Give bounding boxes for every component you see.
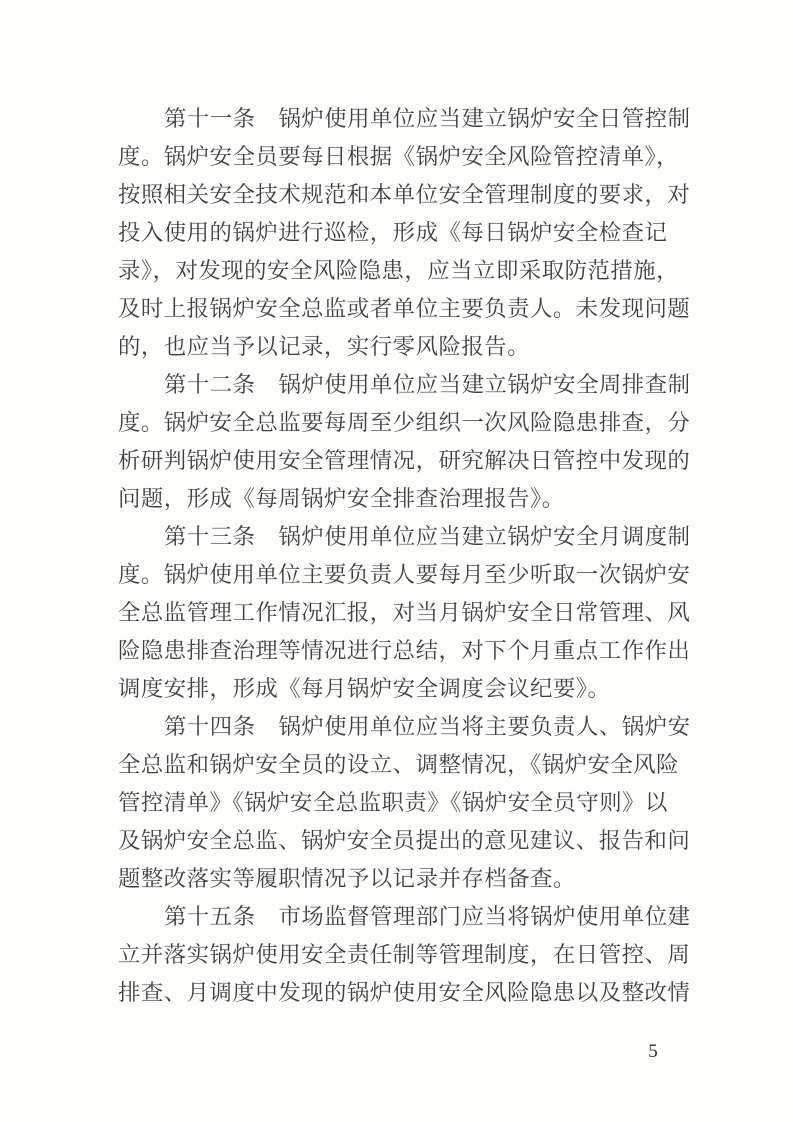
page-number: 5 [638, 1038, 668, 1066]
text-line: 度。锅炉使用单位主要负责人要每月至少听取一次锅炉安 [118, 556, 698, 594]
text-line: 度。锅炉安全总监要每周至少组织一次风险隐患排查，分 [118, 404, 698, 442]
text-line: 及时上报锅炉安全总监或者单位主要负责人。未发现问题 [118, 290, 698, 328]
text-line: 全总监和锅炉安全员的设立、调整情况，《锅炉安全风险 [118, 746, 698, 784]
text-line: 险隐患排查治理等情况进行总结，对下个月重点工作作出 [118, 632, 698, 670]
text-line: 度。锅炉安全员要每日根据《锅炉安全风险管控清单》， [118, 138, 698, 176]
document-text-block: 第十一条 锅炉使用单位应当建立锅炉安全日管控制 度。锅炉安全员要每日根据《锅炉安… [118, 100, 698, 1012]
text-line-article-11-start: 第十一条 锅炉使用单位应当建立锅炉安全日管控制 [118, 100, 698, 138]
text-line-article-14-start: 第十四条 锅炉使用单位应当将主要负责人、锅炉安 [118, 708, 698, 746]
text-line: 排查、月调度中发现的锅炉使用安全风险隐患以及整改情 [118, 974, 698, 1012]
document-page: 第十一条 锅炉使用单位应当建立锅炉安全日管控制 度。锅炉安全员要每日根据《锅炉安… [0, 0, 793, 1122]
text-line: 调度安排，形成《每月锅炉安全调度会议纪要》。 [118, 670, 698, 708]
text-line-article-12-start: 第十二条 锅炉使用单位应当建立锅炉安全周排查制 [118, 366, 698, 404]
text-line: 管控清单》《锅炉安全总监职责》《锅炉安全员守则》以 [118, 784, 698, 822]
text-line: 的，也应当予以记录，实行零风险报告。 [118, 328, 698, 366]
text-line: 析研判锅炉使用安全管理情况，研究解决日管控中发现的 [118, 442, 698, 480]
text-line: 及锅炉安全总监、锅炉安全员提出的意见建议、报告和问 [118, 822, 698, 860]
text-line: 题整改落实等履职情况予以记录并存档备查。 [118, 860, 698, 898]
text-line: 全总监管理工作情况汇报，对当月锅炉安全日常管理、风 [118, 594, 698, 632]
text-line-article-13-start: 第十三条 锅炉使用单位应当建立锅炉安全月调度制 [118, 518, 698, 556]
text-line: 问题，形成《每周锅炉安全排查治理报告》。 [118, 480, 698, 518]
text-line: 录》，对发现的安全风险隐患，应当立即采取防范措施， [118, 252, 698, 290]
text-line-article-15-start: 第十五条 市场监督管理部门应当将锅炉使用单位建 [118, 898, 698, 936]
text-line: 立并落实锅炉使用安全责任制等管理制度，在日管控、周 [118, 936, 698, 974]
text-line: 按照相关安全技术规范和本单位安全管理制度的要求，对 [118, 176, 698, 214]
text-line: 投入使用的锅炉进行巡检，形成《每日锅炉安全检查记 [118, 214, 698, 252]
